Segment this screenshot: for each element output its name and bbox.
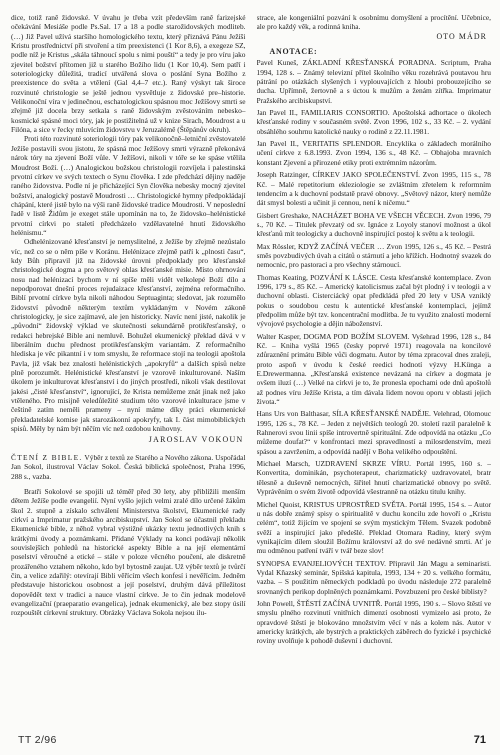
annotation-entry: Gisbert Greshake, NACHÁZET BOHA VE VŠECH… xyxy=(257,211,492,239)
signature-madr: OTO MÁDR xyxy=(257,32,488,41)
annotation-entry: Pavel Kuneš, ZÁKLADNÍ KŘESŤANSKÁ PORADNA… xyxy=(257,58,492,105)
book-title: ČTENÍ Z BIBLE. xyxy=(11,453,83,462)
annotation-entry: Jan Pavel II., VERITATIS SPLENDOR. Encyk… xyxy=(257,139,492,167)
annotation-entry: John Powell, ŠTĚSTÍ ZAČÍNÁ UVNITŘ. Portá… xyxy=(257,599,492,646)
book-citation-header: ČTENÍ Z BIBLE. Výběr z textů ze Starého … xyxy=(11,453,246,481)
annotation-entry: Jan Pavel II., FAMILIARIS CONSORTIO. Apo… xyxy=(257,108,492,136)
annotation-entry: Michael Marsch, UZDRAVENÍ SKRZE VÍRU. Po… xyxy=(257,459,492,496)
annotation-entry: Hans Urs von Balthasar, SÍLA KŘESŤANSKÉ … xyxy=(257,409,492,456)
page-footer: TT 2/96 71 xyxy=(18,734,486,746)
two-column-text-block: dice, totiž raně židovské. V úvahu je tř… xyxy=(0,0,500,715)
body-paragraph: Bratři Sokolové se spojili už téměř před… xyxy=(11,487,246,618)
journal-review-page: dice, totiž raně židovské. V úvahu je tř… xyxy=(0,0,500,755)
continuation-paragraph: strace, ale kongeniální pozvání k osobní… xyxy=(257,13,492,32)
right-column: strace, ale kongeniální pozvání k osobní… xyxy=(257,13,492,715)
signature-vokoun: JAROSLAV VOKOUN xyxy=(11,435,244,444)
annotation-entry: Walter Kasper, DOGMA POD BOŽÍM SLOVEM. V… xyxy=(257,332,492,407)
page-number: 71 xyxy=(474,734,486,746)
annotation-entry: Thomas Keating, POZVÁNÍ K LÁSCE. Cesta k… xyxy=(257,273,492,329)
annotation-entry: Max Rössler, KDYŽ ZAČÍNÁ VEČER … Zvon 19… xyxy=(257,242,492,270)
body-paragraph: Odhelénizované křesťanství je nemyslitel… xyxy=(11,237,246,433)
annotation-entry: Joseph Ratzinger, CÍRKEV JAKO SPOLEČENST… xyxy=(257,170,492,207)
annotation-entry: Michel Quoist, KRISTUS UPROSTŘED SVĚTA. … xyxy=(257,500,492,556)
left-column: dice, totiž raně židovské. V úvahu je tř… xyxy=(11,13,246,715)
annotation-entry: SYNOPSA EVANJELIOVÝCH TEXTOV. Připravil … xyxy=(257,559,492,596)
body-paragraph: dice, totiž raně židovské. V úvahu je tř… xyxy=(11,13,246,134)
journal-issue-label: TT 2/96 xyxy=(18,734,57,746)
body-paragraph: Proti této rozvinuté soteriologii tóry p… xyxy=(11,134,246,237)
anotace-heading: ANOTACE: xyxy=(257,47,492,56)
